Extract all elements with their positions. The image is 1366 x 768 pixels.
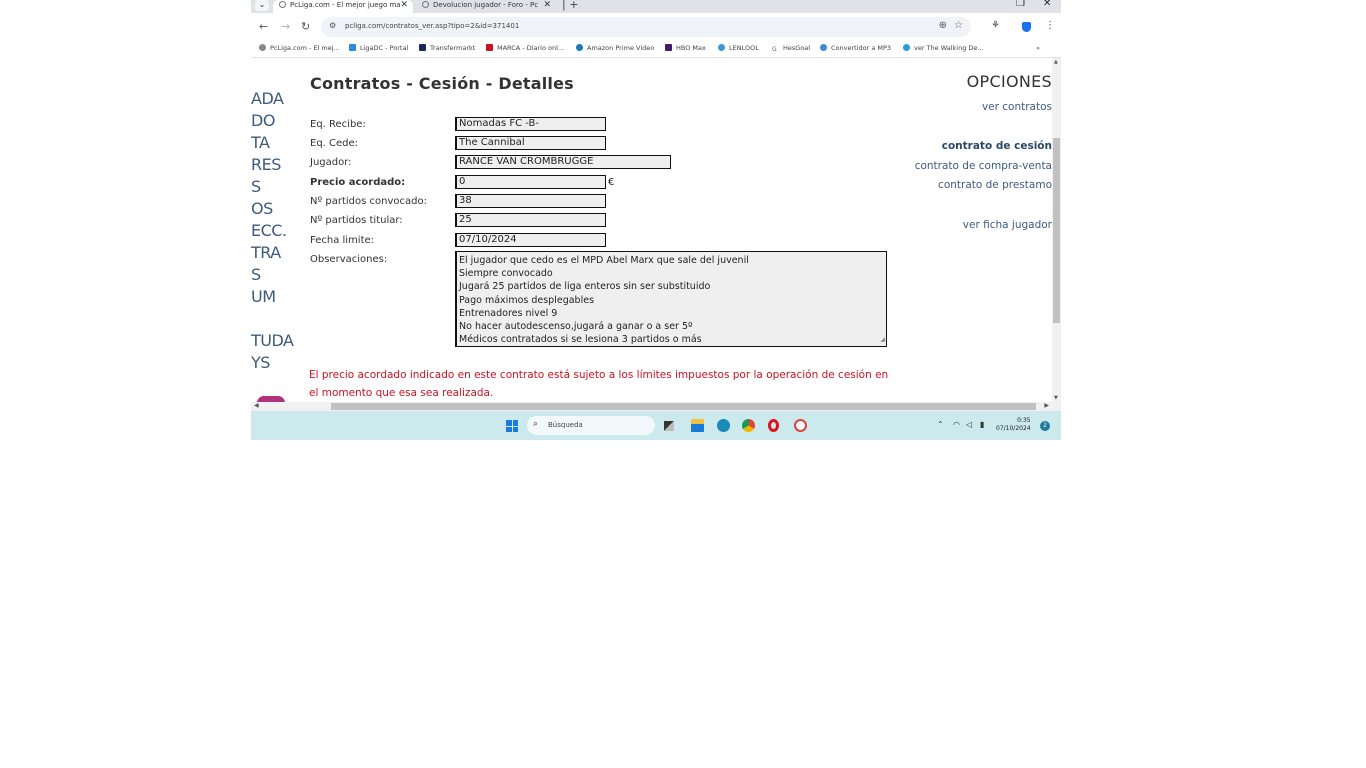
back-icon[interactable]: ← xyxy=(259,20,268,33)
p-icon xyxy=(903,44,910,51)
left-nav-item[interactable]: TA xyxy=(251,132,301,154)
hbo-max-icon xyxy=(665,44,672,51)
cloud-icon xyxy=(820,44,827,51)
more-bookmarks-button[interactable]: » xyxy=(1036,44,1040,52)
browser-toolbar: ← → ↻ ⚙ pcliga.com/contratos_ver.asp?tip… xyxy=(251,13,1061,41)
bookmark-hesgoal[interactable]: GHesGoal xyxy=(772,44,810,53)
left-nav-item[interactable]: RES xyxy=(251,154,301,176)
task-view-icon[interactable] xyxy=(664,421,674,431)
transfermarkt-icon xyxy=(419,44,426,51)
left-nav-spacer xyxy=(251,308,301,330)
address-bar[interactable]: ⚙ pcliga.com/contratos_ver.asp?tipo=2&id… xyxy=(321,17,971,37)
menu-icon[interactable]: ⋮ xyxy=(1045,20,1055,31)
scroll-down-icon[interactable]: ▼ xyxy=(1054,395,1058,401)
field-eq-recibe[interactable]: Nomadas FC -B- xyxy=(455,117,606,131)
site-settings-icon[interactable]: ⚙ xyxy=(329,21,336,30)
taskbar: ⌕ Búsqueda ⌃ ◠ ◁ ▮ 0:35 07/10/2024 2 xyxy=(251,411,1061,440)
tab-title: PcLiga.com - El mejor juego ma xyxy=(290,1,401,9)
link-contrato-compra-venta[interactable]: contrato de compra-venta xyxy=(915,160,1052,172)
edge-icon[interactable] xyxy=(717,419,730,432)
left-nav-item[interactable]: ADA xyxy=(251,88,301,110)
tab-search-button[interactable]: ⌄ xyxy=(255,0,269,11)
pcliga-app-icon[interactable] xyxy=(794,419,807,432)
clock[interactable]: 0:35 07/10/2024 xyxy=(996,417,1031,433)
bookmark-walking-dead[interactable]: ver The Walking De... xyxy=(903,44,984,52)
pcliga-favicon-icon xyxy=(279,1,286,8)
chat-icon xyxy=(349,44,356,51)
bookmark-label: MARCA - Diario onl... xyxy=(497,44,564,52)
field-eq-cede[interactable]: The Cannibal xyxy=(455,136,606,150)
label-precio-acordado: Precio acordado: xyxy=(310,177,405,188)
search-icon: ⌕ xyxy=(533,419,538,429)
vertical-scrollbar[interactable]: ▲ ▼ xyxy=(1052,58,1061,402)
left-nav-item[interactable]: DO xyxy=(251,110,301,132)
label-eq-cede: Eq. Cede: xyxy=(310,138,358,149)
left-navigation: ADA DO TA RES S OS ECC. TRA S UM TUDA YS xyxy=(251,88,301,374)
label-partidos-convocado: Nº partidos convocado: xyxy=(310,196,427,207)
bookmark-label: HBO Max xyxy=(676,44,706,52)
label-jugador: Jugador: xyxy=(310,157,352,168)
bookmark-label: LigaDC - Portal xyxy=(360,44,408,52)
left-nav-item[interactable]: S xyxy=(251,264,301,286)
shield-extension-icon[interactable] xyxy=(1022,22,1031,32)
clock-date: 07/10/2024 xyxy=(996,425,1031,433)
bookmark-label: Transfermarkt xyxy=(430,44,475,52)
link-contrato-cesion[interactable]: contrato de cesión xyxy=(942,140,1052,152)
bookmark-star-icon[interactable]: ☆ xyxy=(954,20,963,31)
bookmark-convertidor[interactable]: Convertidor a MP3 xyxy=(820,44,891,52)
notification-badge[interactable]: 2 xyxy=(1040,421,1050,431)
field-fecha-limite[interactable]: 07/10/2024 xyxy=(455,233,606,247)
close-window-icon[interactable]: ✕ xyxy=(1043,0,1051,9)
chrome-icon[interactable] xyxy=(742,419,755,432)
left-nav-item[interactable]: TUDA xyxy=(251,330,301,352)
pcliga-favicon-icon xyxy=(422,1,429,8)
file-explorer-icon[interactable] xyxy=(691,419,704,432)
bookmark-pcliga[interactable]: PcLiga.com - El mej... xyxy=(259,44,340,52)
resize-handle-icon[interactable]: ◢ xyxy=(880,333,885,346)
bookmark-icon xyxy=(259,44,266,51)
tab-devolucion[interactable]: Devolucion jugador - Foro - Pc ✕ xyxy=(416,0,556,13)
left-nav-item[interactable]: UM xyxy=(251,286,301,308)
bookmark-marca[interactable]: MARCA - Diario onl... xyxy=(486,44,564,52)
label-fecha-limite: Fecha limite: xyxy=(310,235,374,246)
bookmark-label: PcLiga.com - El mej... xyxy=(270,44,340,52)
opera-icon[interactable] xyxy=(768,419,779,432)
vertical-scroll-thumb[interactable] xyxy=(1053,138,1060,323)
observaciones-textarea[interactable]: El jugador que cedo es el MPD Abel Marx … xyxy=(455,251,887,347)
bookmark-label: ver The Walking De... xyxy=(914,44,984,52)
windows-start-icon[interactable] xyxy=(506,420,518,432)
currency-symbol: € xyxy=(608,177,614,188)
label-eq-recibe: Eq. Recibe: xyxy=(310,119,366,130)
bookmark-label: LENLOOL xyxy=(729,44,759,52)
label-observaciones: Observaciones: xyxy=(310,254,387,265)
options-heading: OPCIONES xyxy=(967,72,1052,91)
wifi-icon[interactable]: ◠ xyxy=(953,420,960,429)
bookmark-hbo-max[interactable]: HBO Max xyxy=(665,44,706,52)
scroll-up-icon[interactable]: ▲ xyxy=(1054,59,1058,65)
tab-strip: ⌄ PcLiga.com - El mejor juego ma ✕ Devol… xyxy=(251,0,1061,13)
url-text[interactable]: pcliga.com/contratos_ver.asp?tipo=2&id=3… xyxy=(345,22,519,30)
left-nav-item[interactable]: ECC. xyxy=(251,220,301,242)
bookmark-prime-video[interactable]: Amazon Prime Video xyxy=(576,44,654,52)
page-title: Contratos - Cesión - Detalles xyxy=(310,74,574,93)
screen: ⌄ PcLiga.com - El mejor juego ma ✕ Devol… xyxy=(251,0,1061,440)
search-placeholder: Búsqueda xyxy=(548,421,583,429)
forward-icon[interactable]: → xyxy=(281,20,290,33)
marca-icon xyxy=(486,44,493,51)
bookmarks-bar: PcLiga.com - El mej... LigaDC - Portal T… xyxy=(251,41,1061,58)
show-hidden-icons-icon[interactable]: ⌃ xyxy=(937,420,944,429)
left-nav-item[interactable]: YS xyxy=(251,352,301,374)
bookmark-transfermarkt[interactable]: Transfermarkt xyxy=(419,44,475,52)
horizontal-scroll-thumb[interactable] xyxy=(331,403,1036,410)
field-precio-acordado[interactable]: 0 xyxy=(455,175,606,189)
taskbar-search[interactable]: ⌕ Búsqueda xyxy=(527,416,655,435)
speaker-icon[interactable]: ◁ xyxy=(966,420,972,429)
price-warning: El precio acordado indicado en este cont… xyxy=(309,366,894,402)
restore-window-icon[interactable]: ❐ xyxy=(1016,0,1025,9)
tab-title: Devolucion jugador - Foro - Pc xyxy=(433,1,538,9)
link-ver-contratos[interactable]: ver contratos xyxy=(982,101,1052,113)
left-nav-item[interactable]: S xyxy=(251,176,301,198)
battery-icon[interactable]: ▮ xyxy=(980,420,984,429)
bookmark-label: Convertidor a MP3 xyxy=(831,44,891,52)
prime-video-icon xyxy=(576,44,583,51)
close-tab-icon[interactable]: ✕ xyxy=(543,0,551,10)
bookmark-label: HesGoal xyxy=(783,44,810,52)
page-content: ADA DO TA RES S OS ECC. TRA S UM TUDA YS… xyxy=(251,58,1052,402)
scroll-left-icon[interactable]: ◀ xyxy=(254,402,259,409)
bookmark-ligadc[interactable]: LigaDC - Portal xyxy=(349,44,408,52)
reload-icon[interactable]: ↻ xyxy=(301,20,310,33)
new-tab-button[interactable]: | + xyxy=(562,0,578,11)
link-ver-ficha-jugador[interactable]: ver ficha jugador xyxy=(963,219,1052,231)
scroll-right-icon[interactable]: ▶ xyxy=(1044,402,1049,409)
link-contrato-prestamo[interactable]: contrato de prestamo xyxy=(938,179,1052,191)
left-nav-item[interactable]: TRA xyxy=(251,242,301,264)
zoom-icon[interactable]: ⊕ xyxy=(939,20,947,31)
bookmark-label: Amazon Prime Video xyxy=(587,44,654,52)
label-partidos-titular: Nº partidos titular: xyxy=(310,215,403,226)
clock-time: 0:35 xyxy=(996,417,1031,425)
observaciones-text: El jugador que cedo es el MPD Abel Marx … xyxy=(459,255,749,345)
field-partidos-titular[interactable]: 25 xyxy=(455,213,606,227)
scrollbar-corner xyxy=(1052,402,1061,411)
lenlool-icon xyxy=(718,44,725,51)
extensions-icon[interactable]: ⚘ xyxy=(991,20,1000,31)
bookmark-lenlool[interactable]: LENLOOL xyxy=(718,44,759,52)
hesgoal-icon: G xyxy=(772,46,779,53)
left-nav-item[interactable]: OS xyxy=(251,198,301,220)
field-partidos-convocado[interactable]: 38 xyxy=(455,194,606,208)
horizontal-scrollbar[interactable]: ◀ ▶ xyxy=(251,402,1052,411)
field-jugador[interactable]: RANCE VAN CROMBRUGGE xyxy=(455,155,671,169)
close-tab-icon[interactable]: ✕ xyxy=(400,0,408,10)
tab-pcliga[interactable]: PcLiga.com - El mejor juego ma ✕ xyxy=(273,0,413,13)
